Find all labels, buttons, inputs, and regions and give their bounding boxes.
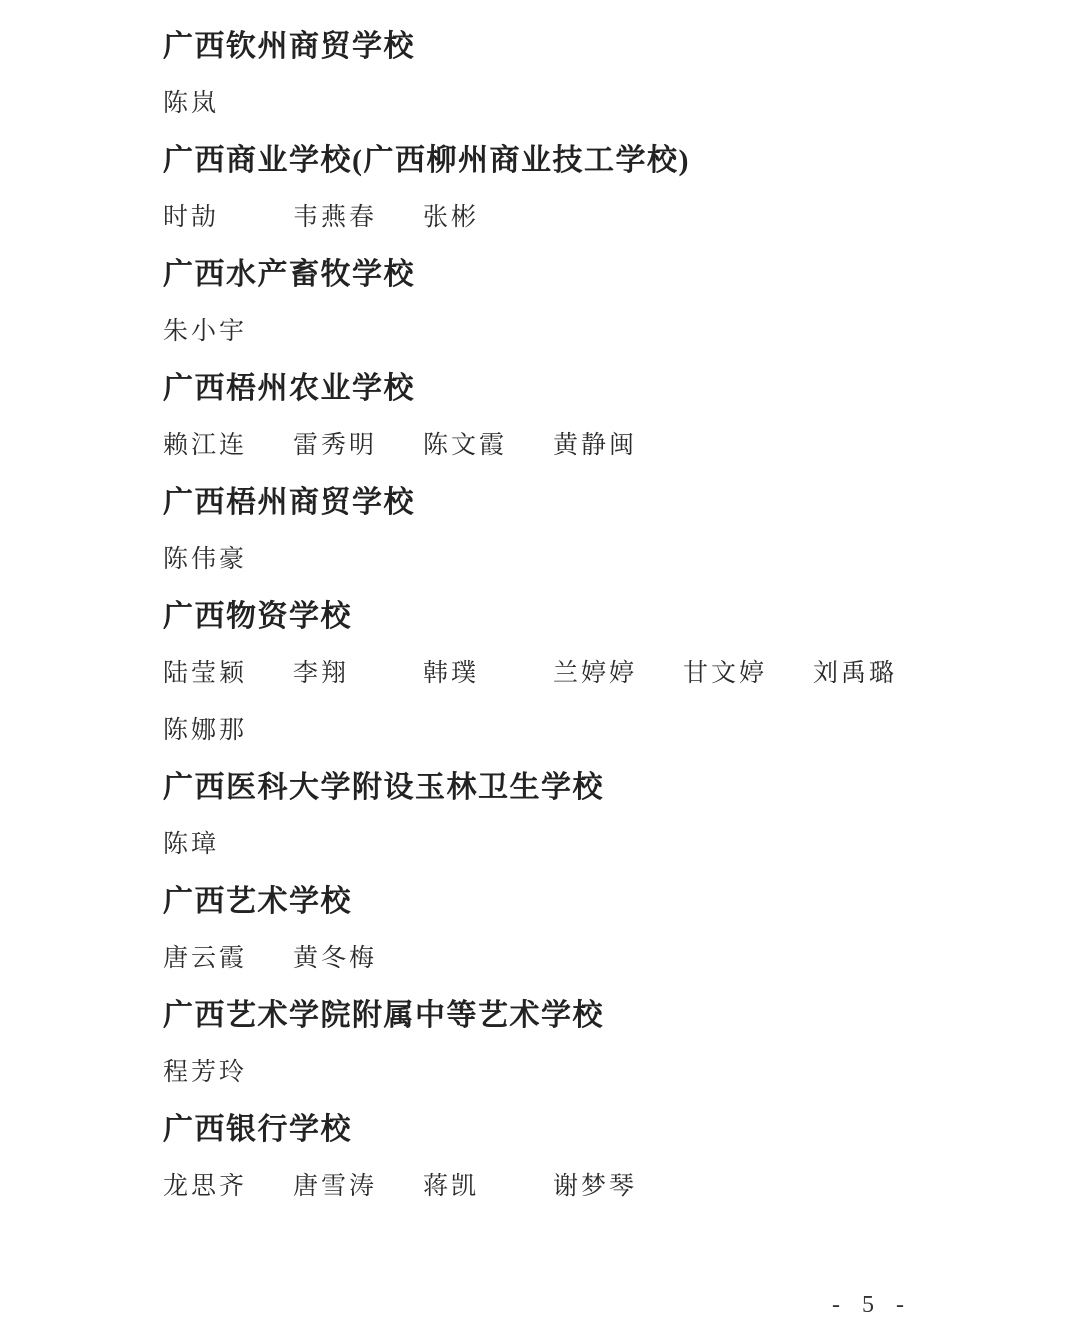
school-heading: 广西钦州商贸学校 bbox=[163, 18, 993, 75]
person-name: 谢梦琴 bbox=[553, 1158, 683, 1215]
person-name: 黄冬梅 bbox=[293, 930, 423, 987]
names-row: 陈岚 bbox=[163, 75, 993, 132]
names-row: 唐云霞黄冬梅 bbox=[163, 930, 993, 987]
names-row: 龙思齐唐雪涛蒋凯谢梦琴 bbox=[163, 1158, 993, 1215]
person-name: 赖江连 bbox=[163, 417, 293, 474]
person-name: 程芳玲 bbox=[163, 1044, 293, 1101]
person-name: 时劼 bbox=[163, 189, 293, 246]
person-name: 张彬 bbox=[423, 189, 553, 246]
person-name: 韩璞 bbox=[423, 645, 553, 702]
person-name: 兰婷婷 bbox=[553, 645, 683, 702]
person-name: 刘禹璐 bbox=[813, 645, 943, 702]
school-heading: 广西艺术学院附属中等艺术学校 bbox=[163, 987, 993, 1044]
names-row: 时劼韦燕春张彬 bbox=[163, 189, 993, 246]
names-row: 陈伟豪 bbox=[163, 531, 993, 588]
school-heading: 广西物资学校 bbox=[163, 588, 993, 645]
school-heading: 广西医科大学附设玉林卫生学校 bbox=[163, 759, 993, 816]
names-row: 陆莹颖李翔韩璞兰婷婷甘文婷刘禹璐陈娜那 bbox=[163, 645, 993, 759]
page-number: - 5 - bbox=[832, 1292, 912, 1319]
person-name: 陈娜那 bbox=[163, 702, 293, 759]
document-page: 广西钦州商贸学校陈岚广西商业学校(广西柳州商业技工学校)时劼韦燕春张彬广西水产畜… bbox=[0, 0, 1080, 1337]
school-heading: 广西艺术学校 bbox=[163, 873, 993, 930]
person-name: 蒋凯 bbox=[423, 1158, 553, 1215]
school-heading: 广西商业学校(广西柳州商业技工学校) bbox=[163, 132, 993, 189]
person-name: 李翔 bbox=[293, 645, 423, 702]
person-name: 陈文霞 bbox=[423, 417, 553, 474]
school-heading: 广西梧州农业学校 bbox=[163, 360, 993, 417]
person-name: 韦燕春 bbox=[293, 189, 423, 246]
person-name: 龙思齐 bbox=[163, 1158, 293, 1215]
school-heading: 广西银行学校 bbox=[163, 1101, 993, 1158]
person-name: 唐云霞 bbox=[163, 930, 293, 987]
person-name: 陆莹颖 bbox=[163, 645, 293, 702]
school-heading: 广西梧州商贸学校 bbox=[163, 474, 993, 531]
person-name: 甘文婷 bbox=[683, 645, 813, 702]
person-name: 陈璋 bbox=[163, 816, 293, 873]
person-name: 朱小宇 bbox=[163, 303, 293, 360]
names-row: 赖江连雷秀明陈文霞黄静闽 bbox=[163, 417, 993, 474]
person-name: 雷秀明 bbox=[293, 417, 423, 474]
school-heading: 广西水产畜牧学校 bbox=[163, 246, 993, 303]
names-row: 朱小宇 bbox=[163, 303, 993, 360]
school-name-list: 广西钦州商贸学校陈岚广西商业学校(广西柳州商业技工学校)时劼韦燕春张彬广西水产畜… bbox=[163, 18, 993, 1215]
person-name: 陈岚 bbox=[163, 75, 293, 132]
person-name: 黄静闽 bbox=[553, 417, 683, 474]
names-row: 程芳玲 bbox=[163, 1044, 993, 1101]
names-row: 陈璋 bbox=[163, 816, 993, 873]
person-name: 唐雪涛 bbox=[293, 1158, 423, 1215]
person-name: 陈伟豪 bbox=[163, 531, 293, 588]
